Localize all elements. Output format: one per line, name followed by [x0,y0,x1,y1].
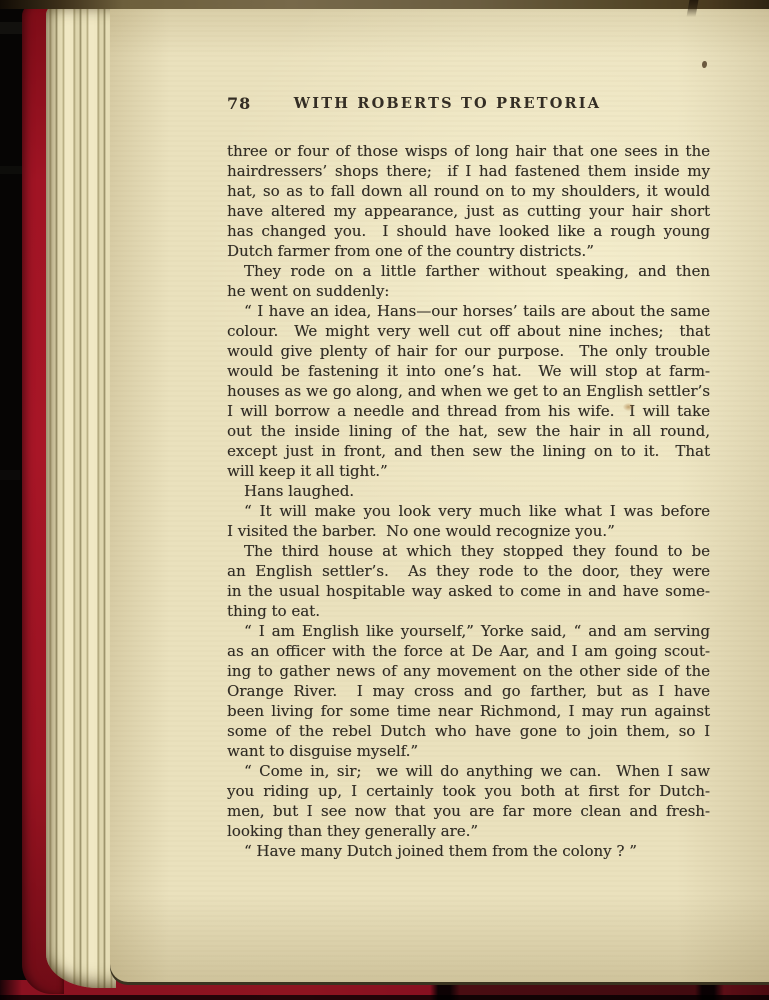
text-line: you riding up, I certainly took you both… [227,781,710,801]
text-line: “ Come in, sir; we will do anything we c… [227,761,710,781]
text-line: in the usual hospitable way asked to com… [227,581,710,601]
text-line: as an officer with the force at De Aar, … [227,641,710,661]
book-page: 78 WITH ROBERTS TO PRETORIA three or fou… [110,8,769,982]
text-line: some of the rebel Dutch who have gone to… [227,721,710,741]
running-head: 78 WITH ROBERTS TO PRETORIA [110,94,769,114]
background-shelf-streak [0,166,24,174]
text-line: houses as we go along, and when we get t… [227,381,710,401]
text-line: I visited the barber. No one would recog… [227,521,710,541]
text-line: Orange River. I may cross and go farther… [227,681,710,701]
text-line: hairdressers’ shops there; if I had fast… [227,161,710,181]
running-title: WITH ROBERTS TO PRETORIA [206,95,689,112]
text-line: The third house at which they stopped th… [227,541,710,561]
paper-speck [702,61,707,68]
text-line: Hans laughed. [227,481,710,501]
text-block: three or four of those wisps of long hai… [227,141,710,861]
text-line: They rode on a little farther without sp… [227,261,710,281]
text-line: Dutch farmer from one of the country dis… [227,241,710,261]
text-line: except just in front, and then sew the l… [227,441,710,461]
text-line: an English settler’s. As they rode to th… [227,561,710,581]
text-line: “ I have an idea, Hans—our horses’ tails… [227,301,710,321]
text-line: I will borrow a needle and thread from h… [227,401,710,421]
text-line: colour. We might very well cut off about… [227,321,710,341]
text-line: been living for some time near Richmond,… [227,701,710,721]
text-line: would give plenty of hair for our purpos… [227,341,710,361]
text-line: he went on suddenly: [227,281,710,301]
text-line: would be fastening it into one’s hat. We… [227,361,710,381]
text-line: hat, so as to fall down all round on to … [227,181,710,201]
text-line: has changed you. I should have looked li… [227,221,710,241]
text-line: ing to gather news of any movement on th… [227,661,710,681]
stacked-page-edges [46,5,116,988]
book-top-edge [0,0,769,9]
text-line: looking than they generally are.” [227,821,710,841]
text-line: want to disguise myself.” [227,741,710,761]
text-line: thing to eat. [227,601,710,621]
text-line: have altered my appearance, just as cutt… [227,201,710,221]
text-line: “ I am English like yourself,” Yorke sai… [227,621,710,641]
paper-stain [623,403,634,411]
text-line: three or four of those wisps of long hai… [227,141,710,161]
text-line: men, but I see now that you are far more… [227,801,710,821]
background-shelf-streak [0,470,20,480]
text-line: will keep it all tight.” [227,461,710,481]
text-line: out the inside lining of the hat, sew th… [227,421,710,441]
text-line: “ It will make you look very much like w… [227,501,710,521]
text-line: “ Have many Dutch joined them from the c… [227,841,710,861]
